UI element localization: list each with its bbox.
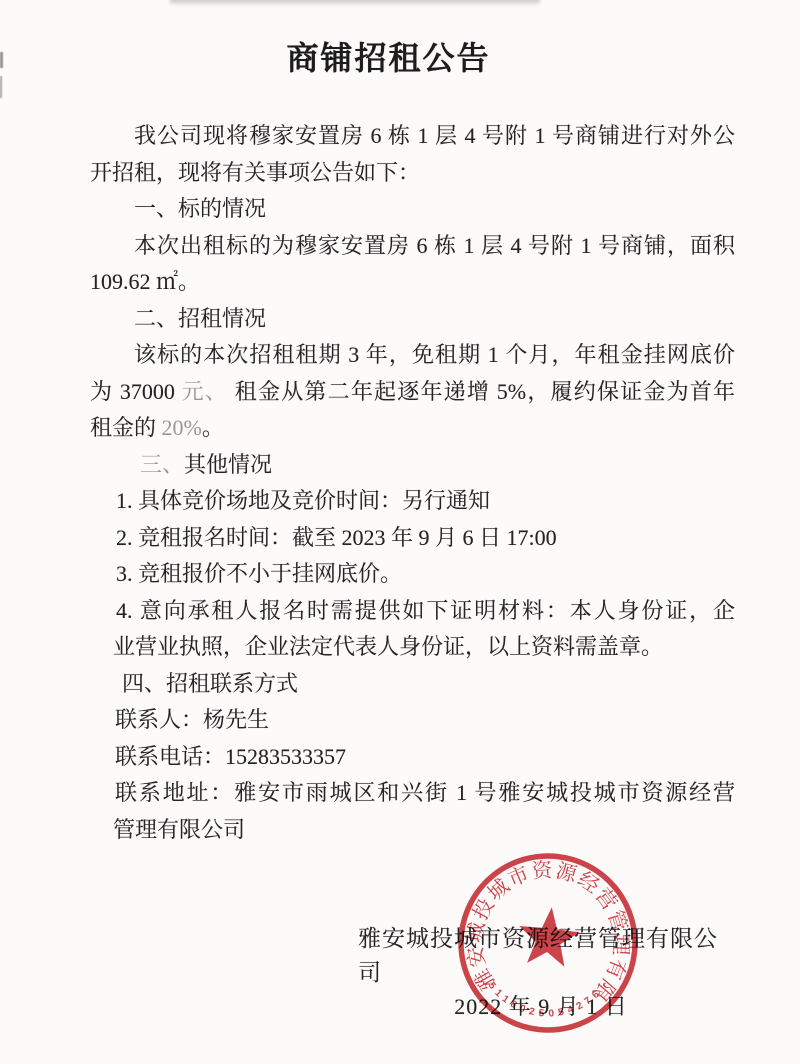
scan-artifact-left-mark bbox=[0, 52, 3, 68]
document-line: 二、招租情况 bbox=[90, 301, 735, 338]
seal-graphic: 雅安城投城市资源经营管理有限公司 5118025054276 bbox=[453, 848, 643, 1038]
text-segment: 本次出租标的为穆家安置房 6 栋 1 层 4 号附 1 号商铺，面积 bbox=[134, 233, 735, 258]
faded-text-segment: 三、 bbox=[140, 452, 184, 477]
text-segment: 开招租，现将有关事项公告如下： bbox=[90, 160, 420, 185]
text-segment: 该标的本次招租租期 3 年，免租期 1 个月，年租金挂网底价 bbox=[134, 342, 735, 367]
document-line: 3. 竞租报价不小于挂网底价。 bbox=[90, 556, 735, 593]
seal-star-icon bbox=[515, 904, 582, 968]
text-segment: 。 bbox=[202, 415, 224, 440]
document-line: 开招租，现将有关事项公告如下： bbox=[90, 155, 735, 192]
faded-text-segment: 20% bbox=[162, 415, 202, 440]
document-line: 四、招租联系方式 bbox=[90, 666, 735, 703]
text-segment: 一、标的情况 bbox=[134, 196, 266, 221]
text-segment: 租金从第二年起逐年递增 5%，履约保证金为首年 bbox=[228, 379, 735, 404]
document-line: 该标的本次招租租期 3 年，免租期 1 个月，年租金挂网底价 bbox=[90, 337, 735, 374]
text-segment: 2. 竞租报名时间：截至 2023 年 9 月 6 日 17:00 bbox=[116, 525, 557, 550]
document-line: 业营业执照，企业法定代表人身份证，以上资料需盖章。 bbox=[90, 629, 735, 666]
text-segment: 1. 具体竞价场地及竞价时间：另行通知 bbox=[116, 488, 490, 513]
text-segment: 109.62 ㎡。 bbox=[90, 269, 200, 294]
scanned-document-page: 商铺招租公告 我公司现将穆家安置房 6 栋 1 层 4 号附 1 号商铺进行对外… bbox=[0, 0, 800, 1064]
text-segment: 其他情况 bbox=[184, 452, 272, 477]
document-line: 4. 意向承租人报名时需提供如下证明材料：本人身份证，企 bbox=[90, 593, 735, 630]
text-segment: 租金的 bbox=[90, 415, 162, 440]
company-seal-stamp: 雅安城投城市资源经营管理有限公司 5118025054276 bbox=[453, 848, 643, 1038]
document-line: 管理有限公司 bbox=[90, 812, 735, 849]
text-segment: 4. 意向承租人报名时需提供如下证明材料：本人身份证，企 bbox=[116, 598, 735, 623]
faded-text-segment: 元、 bbox=[182, 379, 228, 404]
document-line: 三、其他情况 bbox=[90, 447, 735, 484]
document-line: 一、标的情况 bbox=[90, 191, 735, 228]
text-segment: 四、招租联系方式 bbox=[122, 671, 298, 696]
document-line: 为 37000 元、 租金从第二年起逐年递增 5%，履约保证金为首年 bbox=[90, 374, 735, 411]
document-line: 联系电话：15283533357 bbox=[90, 739, 735, 776]
document-line: 我公司现将穆家安置房 6 栋 1 层 4 号附 1 号商铺进行对外公 bbox=[90, 118, 735, 155]
document-line: 联系地址：雅安市雨城区和兴街 1 号雅安城投城市资源经营 bbox=[90, 775, 735, 812]
document-line: 租金的 20%。 bbox=[90, 410, 735, 447]
text-segment: 联系人：杨先生 bbox=[115, 707, 269, 732]
document-line: 2. 竞租报名时间：截至 2023 年 9 月 6 日 17:00 bbox=[90, 520, 735, 557]
text-segment: 联系电话：15283533357 bbox=[115, 744, 346, 769]
text-segment: 为 37000 bbox=[90, 379, 182, 404]
page-title: 商铺招租公告 bbox=[66, 36, 711, 80]
text-segment: 二、招租情况 bbox=[134, 306, 266, 331]
text-segment: 联系地址：雅安市雨城区和兴街 1 号雅安城投城市资源经营 bbox=[115, 780, 735, 805]
document-line: 本次出租标的为穆家安置房 6 栋 1 层 4 号附 1 号商铺，面积 bbox=[90, 228, 735, 265]
text-segment: 管理有限公司 bbox=[113, 817, 245, 842]
document-line: 1. 具体竞价场地及竞价时间：另行通知 bbox=[90, 483, 735, 520]
document-line: 联系人：杨先生 bbox=[90, 702, 735, 739]
text-segment: 3. 竞租报价不小于挂网底价。 bbox=[116, 561, 402, 586]
document-line: 109.62 ㎡。 bbox=[90, 264, 735, 301]
scan-artifact-left-mark bbox=[0, 76, 2, 98]
text-segment: 我公司现将穆家安置房 6 栋 1 层 4 号附 1 号商铺进行对外公 bbox=[134, 123, 735, 148]
document-body: 我公司现将穆家安置房 6 栋 1 层 4 号附 1 号商铺进行对外公开招租，现将… bbox=[90, 118, 735, 848]
text-segment: 业营业执照，企业法定代表人身份证，以上资料需盖章。 bbox=[113, 634, 663, 659]
